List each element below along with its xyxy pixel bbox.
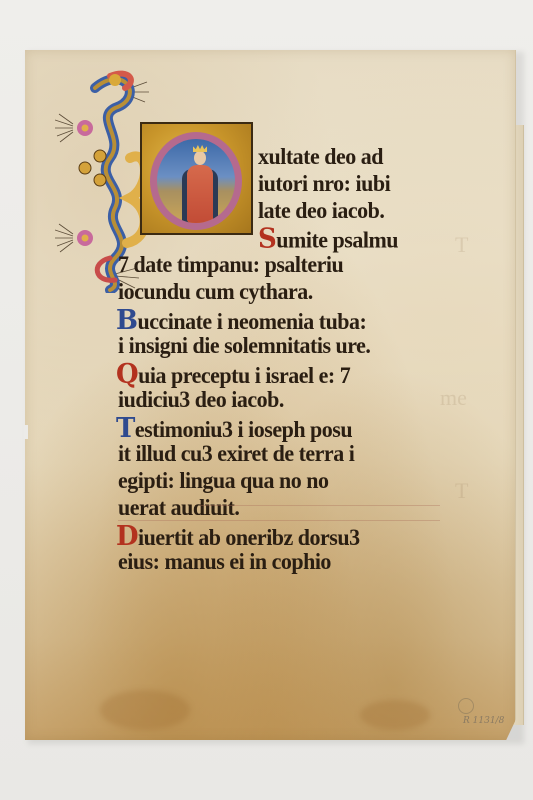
text-line: iutori nro: iubi — [258, 172, 390, 195]
text-line: eius: manus ei in cophio — [118, 550, 331, 573]
text-block: xultate deo ad iutori nro: iubi late deo… — [0, 0, 533, 800]
text-line: Diuertit ab oneribz dorsu3 — [116, 523, 360, 550]
text-line: Testimoniu3 i ioseph posu — [116, 415, 352, 442]
text-line: Buccinate i neomenia tuba: — [116, 307, 366, 334]
text-line: Sumite psalmu — [258, 226, 398, 253]
text-line: it illud cu3 exiret de terra i — [118, 442, 354, 465]
photo-backdrop: T me T — [0, 0, 533, 800]
text-line: uerat audiuit. — [118, 496, 239, 519]
text-line: i insigni die solemnitatis ure. — [118, 334, 370, 357]
shelfmark: R 1131/8 — [463, 716, 504, 726]
ruling-line — [200, 505, 440, 506]
text-line: egipti: lingua qua no no — [118, 469, 329, 492]
text-line: 7 date timpanu: psalteriu — [118, 253, 343, 276]
ruling-line — [118, 520, 440, 521]
text-line: iocundu cum cythara. — [118, 280, 313, 303]
text-line: xultate deo ad — [258, 145, 383, 168]
text-line: late deo iacob. — [258, 199, 384, 222]
text-line: Quia preceptu i israel e: 7 — [116, 361, 350, 388]
collection-stamp — [458, 698, 474, 714]
text-line: iudiciu3 deo iacob. — [118, 388, 284, 411]
